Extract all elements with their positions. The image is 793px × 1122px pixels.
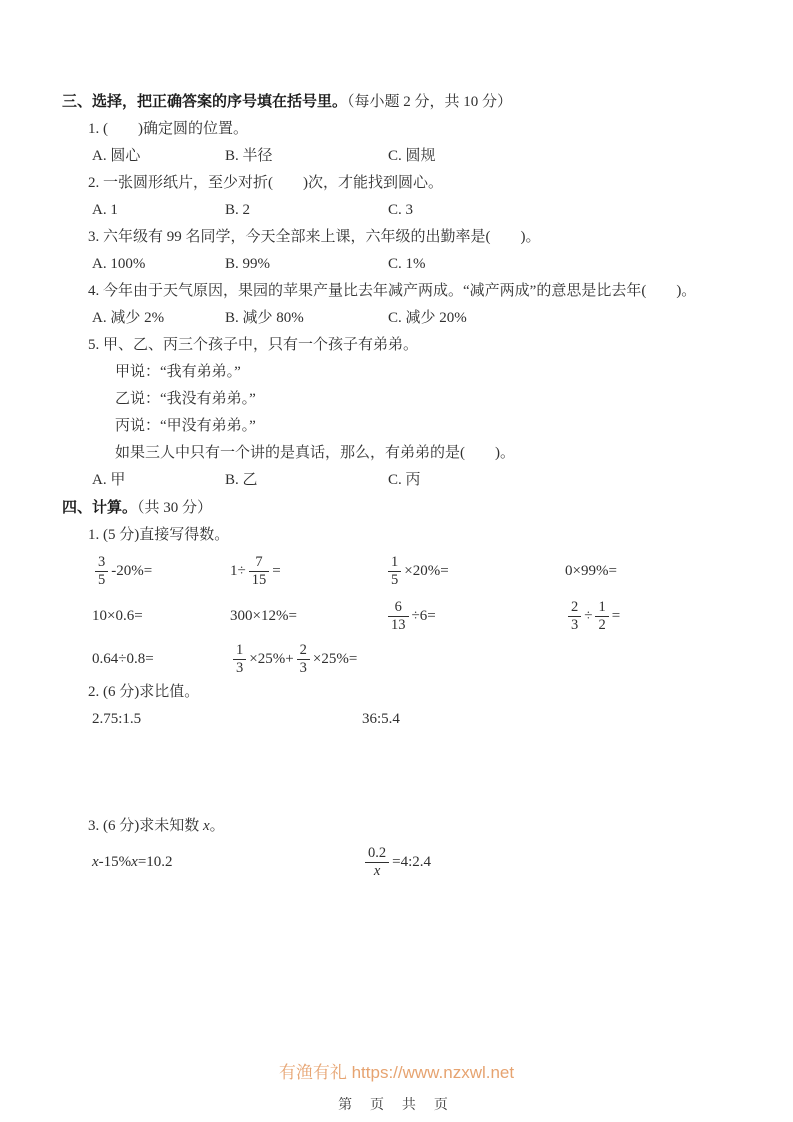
calc-q3-label: 3. (6 分)求未知数 x。 [88,813,743,840]
frac-denominator: 3 [297,660,310,677]
frac-denominator: 2 [595,617,608,634]
label-text: 。 [210,818,225,834]
frac-denominator: 5 [95,572,108,589]
question-1-stem: 1. ( )确定圆的位置。 [88,116,743,143]
calc-expression: 300×12%= [230,608,385,625]
option-c: C. 减少 20% [388,305,743,332]
fraction: 15 [388,554,401,588]
expression-text: 300×12%= [230,608,297,625]
expression-text: ÷ [584,608,592,625]
fraction: 0.2x [365,845,389,879]
question-3-stem: 3. 六年级有 99 名同学，今天全部来上课，六年级的出勤率是( )。 [88,224,743,251]
option-c: C. 3 [388,197,743,224]
answer-space [62,733,743,813]
expression-text: ÷6= [412,608,436,625]
option-b: B. 99% [225,251,388,278]
question-1-options: A. 圆心 B. 半径 C. 圆规 [92,143,743,170]
option-a: A. 甲 [92,467,225,494]
equation-2: 0.2x=4:2.4 [362,845,743,879]
fraction: 12 [595,599,608,633]
expression-text: 1÷ [230,563,246,580]
frac-numerator: 2 [297,642,310,660]
option-a: A. 圆心 [92,143,225,170]
expression-text: =10.2 [138,849,173,876]
option-b: B. 乙 [225,467,388,494]
footer-watermark: 有渔有礼 https://www.nzxwl.net [0,1058,793,1083]
expression-text: -20%= [111,563,152,580]
footer-page-label: 第 页 共 页 [0,1094,793,1114]
fraction: 23 [297,642,310,676]
question-3-options: A. 100% B. 99% C. 1% [92,251,743,278]
frac-numerator: 1 [595,599,608,617]
option-c: C. 圆规 [388,143,743,170]
section3-title: 三、选择，把正确答案的序号填在括号里。 [62,93,347,110]
expression-text: 0.64÷0.8= [92,651,154,668]
option-c: C. 丙 [388,467,743,494]
frac-numerator: 7 [249,554,270,572]
frac-denominator: x [365,863,389,880]
calc-expression: 613÷6= [385,599,565,633]
frac-numerator: 0.2 [365,845,389,863]
calc-expression: 13×25%+23×25%= [230,642,743,676]
exam-page: 三、选择，把正确答案的序号填在括号里。（每小题 2 分，共 10 分） 1. (… [0,0,793,885]
expression-text: = [612,608,620,625]
frac-denominator: 13 [388,617,409,634]
variable-x: x [92,849,99,876]
fraction: 23 [568,599,581,633]
section4-heading: 四、计算。（共 30 分） [62,494,743,522]
question-5-statement-jia: 甲说：“我有弟弟。” [115,359,743,386]
frac-denominator: 5 [388,572,401,589]
frac-numerator: 6 [388,599,409,617]
expression-text: =4:2.4 [392,849,431,876]
option-a: A. 1 [92,197,225,224]
calc-expression: 0.64÷0.8= [92,651,230,668]
expression-text: ×25%= [313,651,357,668]
calc-expression: 15×20%= [385,554,565,588]
calc-expression: 35-20%= [92,554,230,588]
fraction: 613 [388,599,409,633]
calc-row-1: 35-20%= 1÷715= 15×20%= 0×99%= [92,549,743,594]
calc-q2-label: 2. (6 分)求比值。 [88,679,743,706]
option-a: A. 减少 2% [92,305,225,332]
equation-1: x-15%x=10.2 [92,849,362,876]
expression-text: 10×0.6= [92,608,143,625]
fraction: 13 [233,642,246,676]
question-2-stem: 2. 一张圆形纸片，至少对折( )次，才能找到圆心。 [88,170,743,197]
ratio-item-1: 2.75:1.5 [92,706,362,733]
option-b: B. 半径 [225,143,388,170]
option-b: B. 减少 80% [225,305,388,332]
frac-denominator: 3 [233,660,246,677]
label-text: 3. (6 分)求未知数 [88,818,203,834]
question-4-options: A. 减少 2% B. 减少 80% C. 减少 20% [92,305,743,332]
calc-row-2: 10×0.6= 300×12%= 613÷6= 23÷12= [92,594,743,639]
frac-denominator: 3 [568,617,581,634]
frac-numerator: 1 [388,554,401,572]
fraction: 35 [95,554,108,588]
fraction: 715 [249,554,270,588]
expression-text: -15% [99,849,132,876]
section3-heading: 三、选择，把正确答案的序号填在括号里。（每小题 2 分，共 10 分） [62,88,743,116]
expression-text: 0×99%= [565,563,617,580]
expression-text: ×20%= [404,563,448,580]
expression-text: ×25%+ [249,651,293,668]
frac-numerator: 2 [568,599,581,617]
question-5-conclusion: 如果三人中只有一个讲的是真话，那么，有弟弟的是( )。 [115,440,743,467]
calc-q1-label: 1. (5 分)直接写得数。 [88,522,743,549]
calc-expression: 0×99%= [565,563,743,580]
calc-expression: 1÷715= [230,554,385,588]
option-b: B. 2 [225,197,388,224]
option-a: A. 100% [92,251,225,278]
question-5-statement-bing: 丙说：“甲没有弟弟。” [115,413,743,440]
variable-x: x [203,818,210,834]
calc-expression: 23÷12= [565,599,743,633]
equation-problems: x-15%x=10.2 0.2x=4:2.4 [92,840,743,885]
frac-denominator: 15 [249,572,270,589]
question-2-options: A. 1 B. 2 C. 3 [92,197,743,224]
calc-row-3: 0.64÷0.8= 13×25%+23×25%= [92,639,743,679]
section3-score-note: （每小题 2 分，共 10 分） [347,94,512,110]
expression-text: = [272,563,280,580]
question-5-stem: 5. 甲、乙、丙三个孩子中，只有一个孩子有弟弟。 [88,332,743,359]
frac-numerator: 3 [95,554,108,572]
ratio-item-2: 36:5.4 [362,706,743,733]
option-c: C. 1% [388,251,743,278]
ratio-problems: 2.75:1.5 36:5.4 [92,706,743,733]
section4-title: 四、计算。 [62,499,137,516]
calc-expression: 10×0.6= [92,608,230,625]
question-5-statement-yi: 乙说：“我没有弟弟。” [115,386,743,413]
section4-score-note: （共 30 分） [137,500,212,516]
variable-x: x [131,849,138,876]
question-4-stem: 4. 今年由于天气原因，果园的苹果产量比去年减产两成。“减产两成”的意思是比去年… [88,278,743,305]
question-5-options: A. 甲 B. 乙 C. 丙 [92,467,743,494]
frac-numerator: 1 [233,642,246,660]
